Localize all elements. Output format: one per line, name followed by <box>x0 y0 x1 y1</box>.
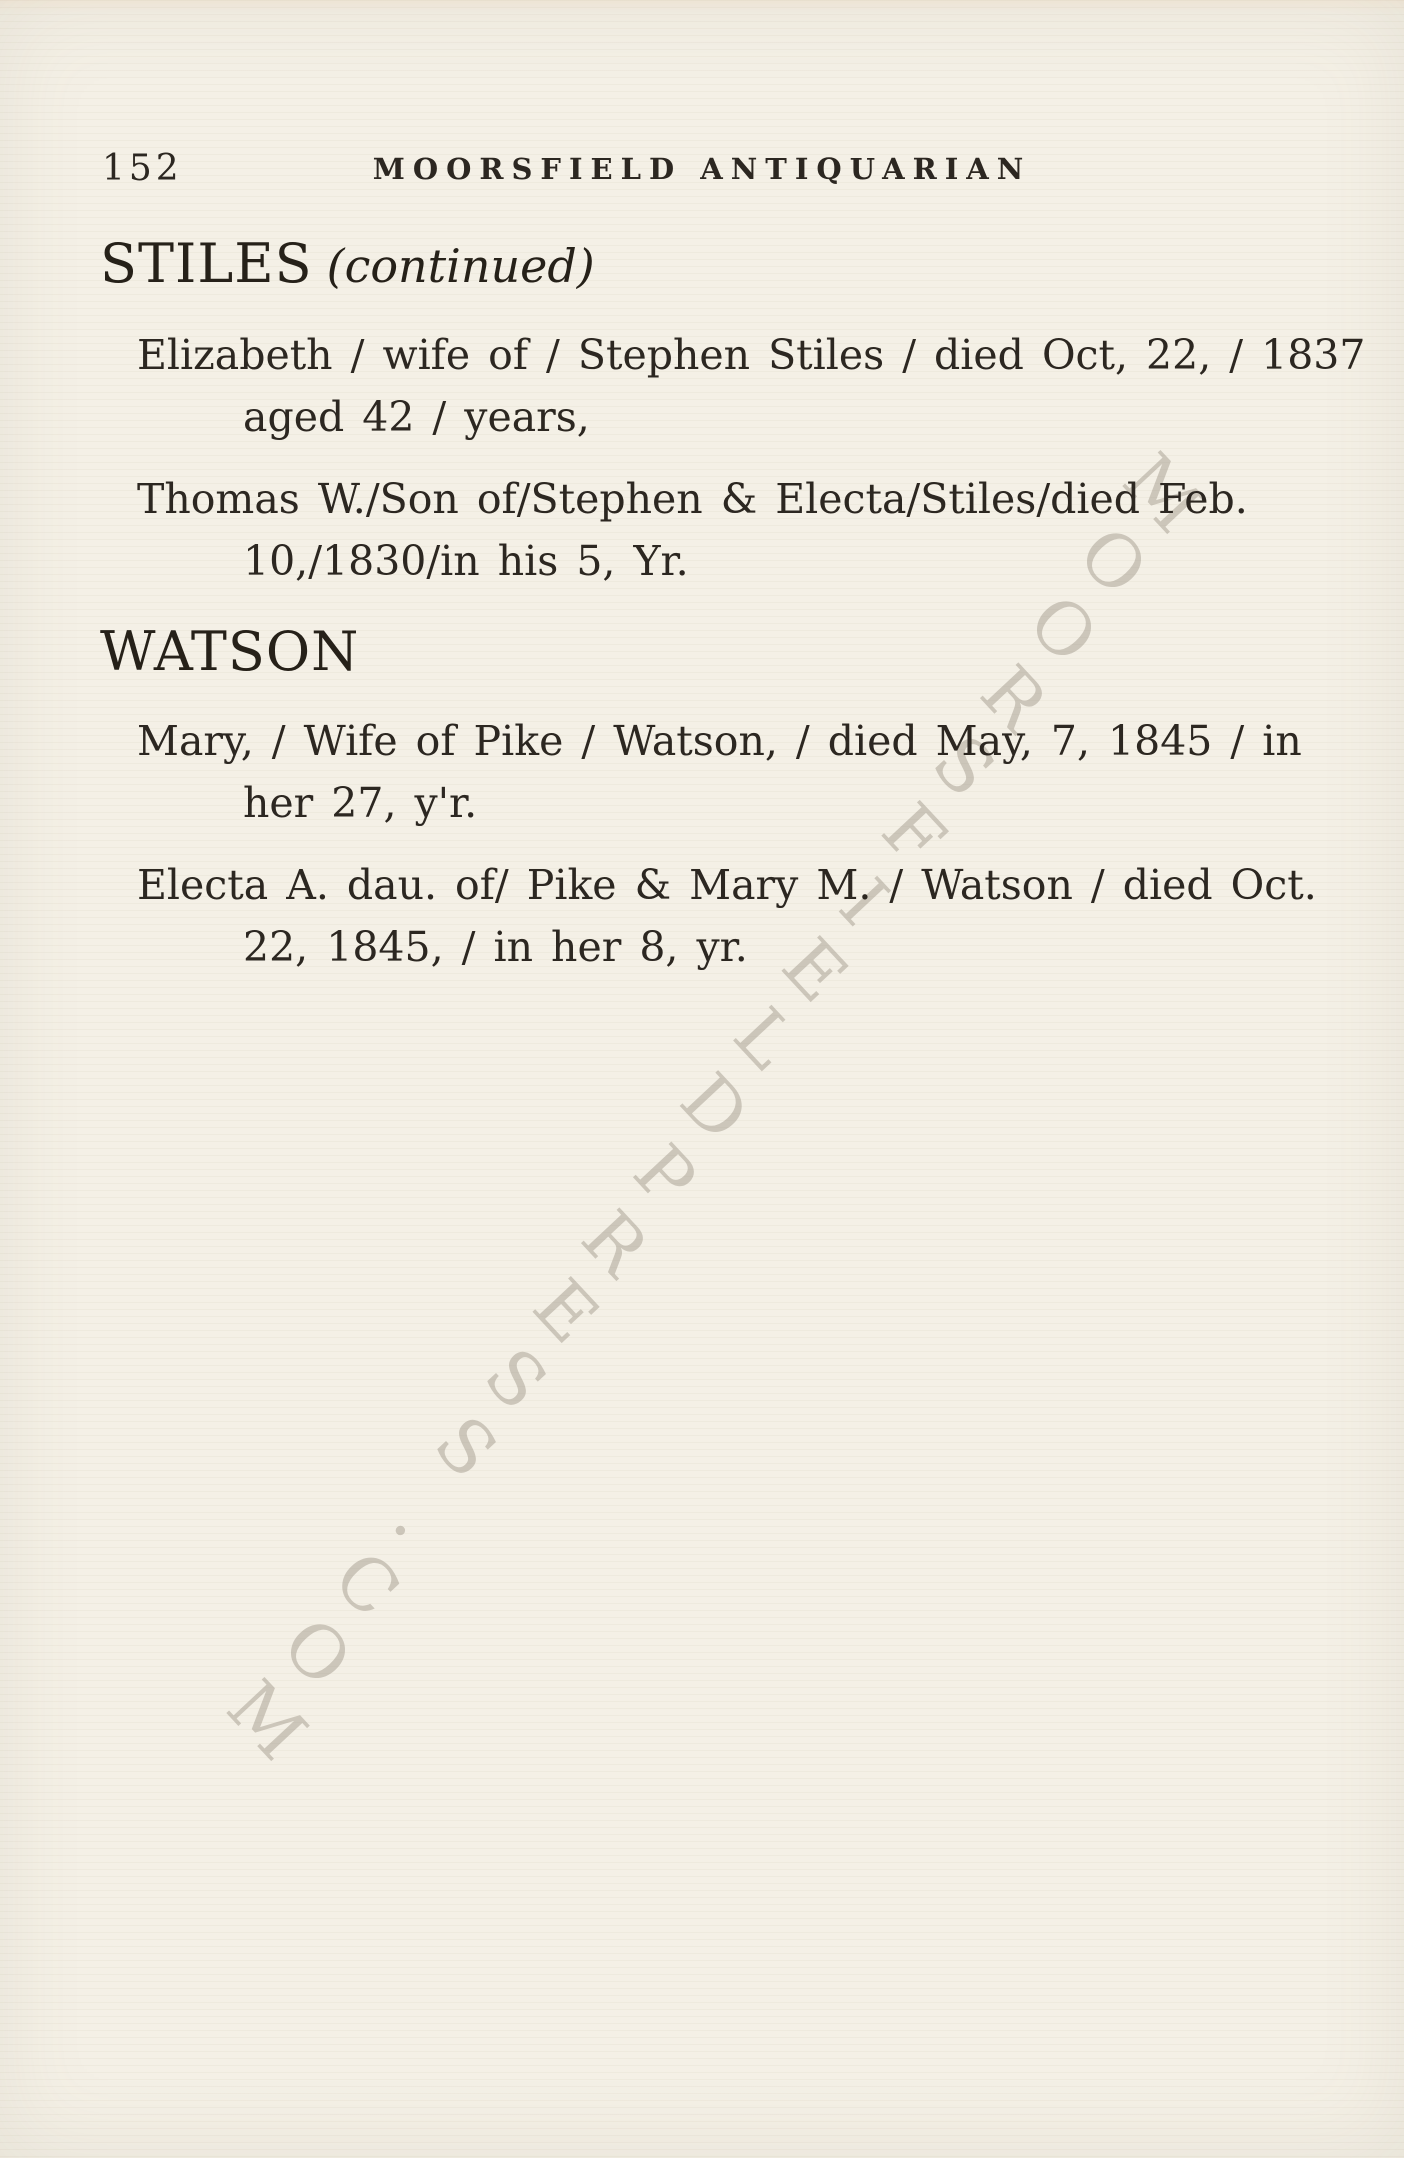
inscription-entry: Elizabeth / wife of / Stephen Stiles / d… <box>100 324 1300 448</box>
section-heading: STILES(continued) <box>100 234 1300 296</box>
section-stiles: STILES(continued)Elizabeth / wife of / S… <box>100 234 1300 592</box>
watermark-letter: E <box>517 1263 614 1359</box>
running-title: MOORSFIELD ANTIQUARIAN <box>0 152 1404 186</box>
entry-line: Electa A. dau. of/ Pike & Mary M. / Wats… <box>100 854 1300 916</box>
section-heading: WATSON <box>100 622 1300 682</box>
entry-line: Mary, / Wife of Pike / Watson, / died Ma… <box>100 710 1300 772</box>
watermark-letter: C <box>317 1535 416 1633</box>
entry-line: 22, 1845, / in her 8, yr. <box>100 916 1300 978</box>
watermark-letter: D <box>665 1057 766 1157</box>
section-heading-note: (continued) <box>327 239 595 293</box>
inscription-entry: Thomas W./Son of/Stephen & Electa/Stiles… <box>100 468 1300 592</box>
entry-line: Thomas W./Son of/Stephen & Electa/Stiles… <box>100 468 1300 530</box>
running-head: 152 MOORSFIELD ANTIQUARIAN <box>0 146 1404 196</box>
inscription-entry: Electa A. dau. of/ Pike & Mary M. / Wats… <box>100 854 1300 978</box>
book-page: MOORSFIELDPRESS.COM 152 MOORSFIELD ANTIQ… <box>0 0 1404 2158</box>
watermark-letter: S <box>468 1332 563 1425</box>
entry-line: Elizabeth / wife of / Stephen Stiles / d… <box>100 324 1300 386</box>
inscription-entry: Mary, / Wife of Pike / Watson, / died Ma… <box>100 710 1300 834</box>
entry-line: aged 42 / years, <box>100 386 1300 448</box>
entry-line: 10,/1830/in his 5, Yr. <box>100 530 1300 592</box>
section-watson: WATSONMary, / Wife of Pike / Watson, / d… <box>100 622 1300 978</box>
entry-line: her 27, y'r. <box>100 772 1300 834</box>
watermark-letter: M <box>211 1664 323 1775</box>
page-content: STILES(continued)Elizabeth / wife of / S… <box>100 234 1300 1008</box>
watermark-letter: . <box>378 1478 455 1552</box>
watermark-letter: S <box>419 1401 514 1494</box>
watermark-letter: R <box>566 1194 664 1291</box>
watermark-letter: P <box>618 1128 712 1221</box>
watermark-letter: O <box>266 1602 368 1702</box>
